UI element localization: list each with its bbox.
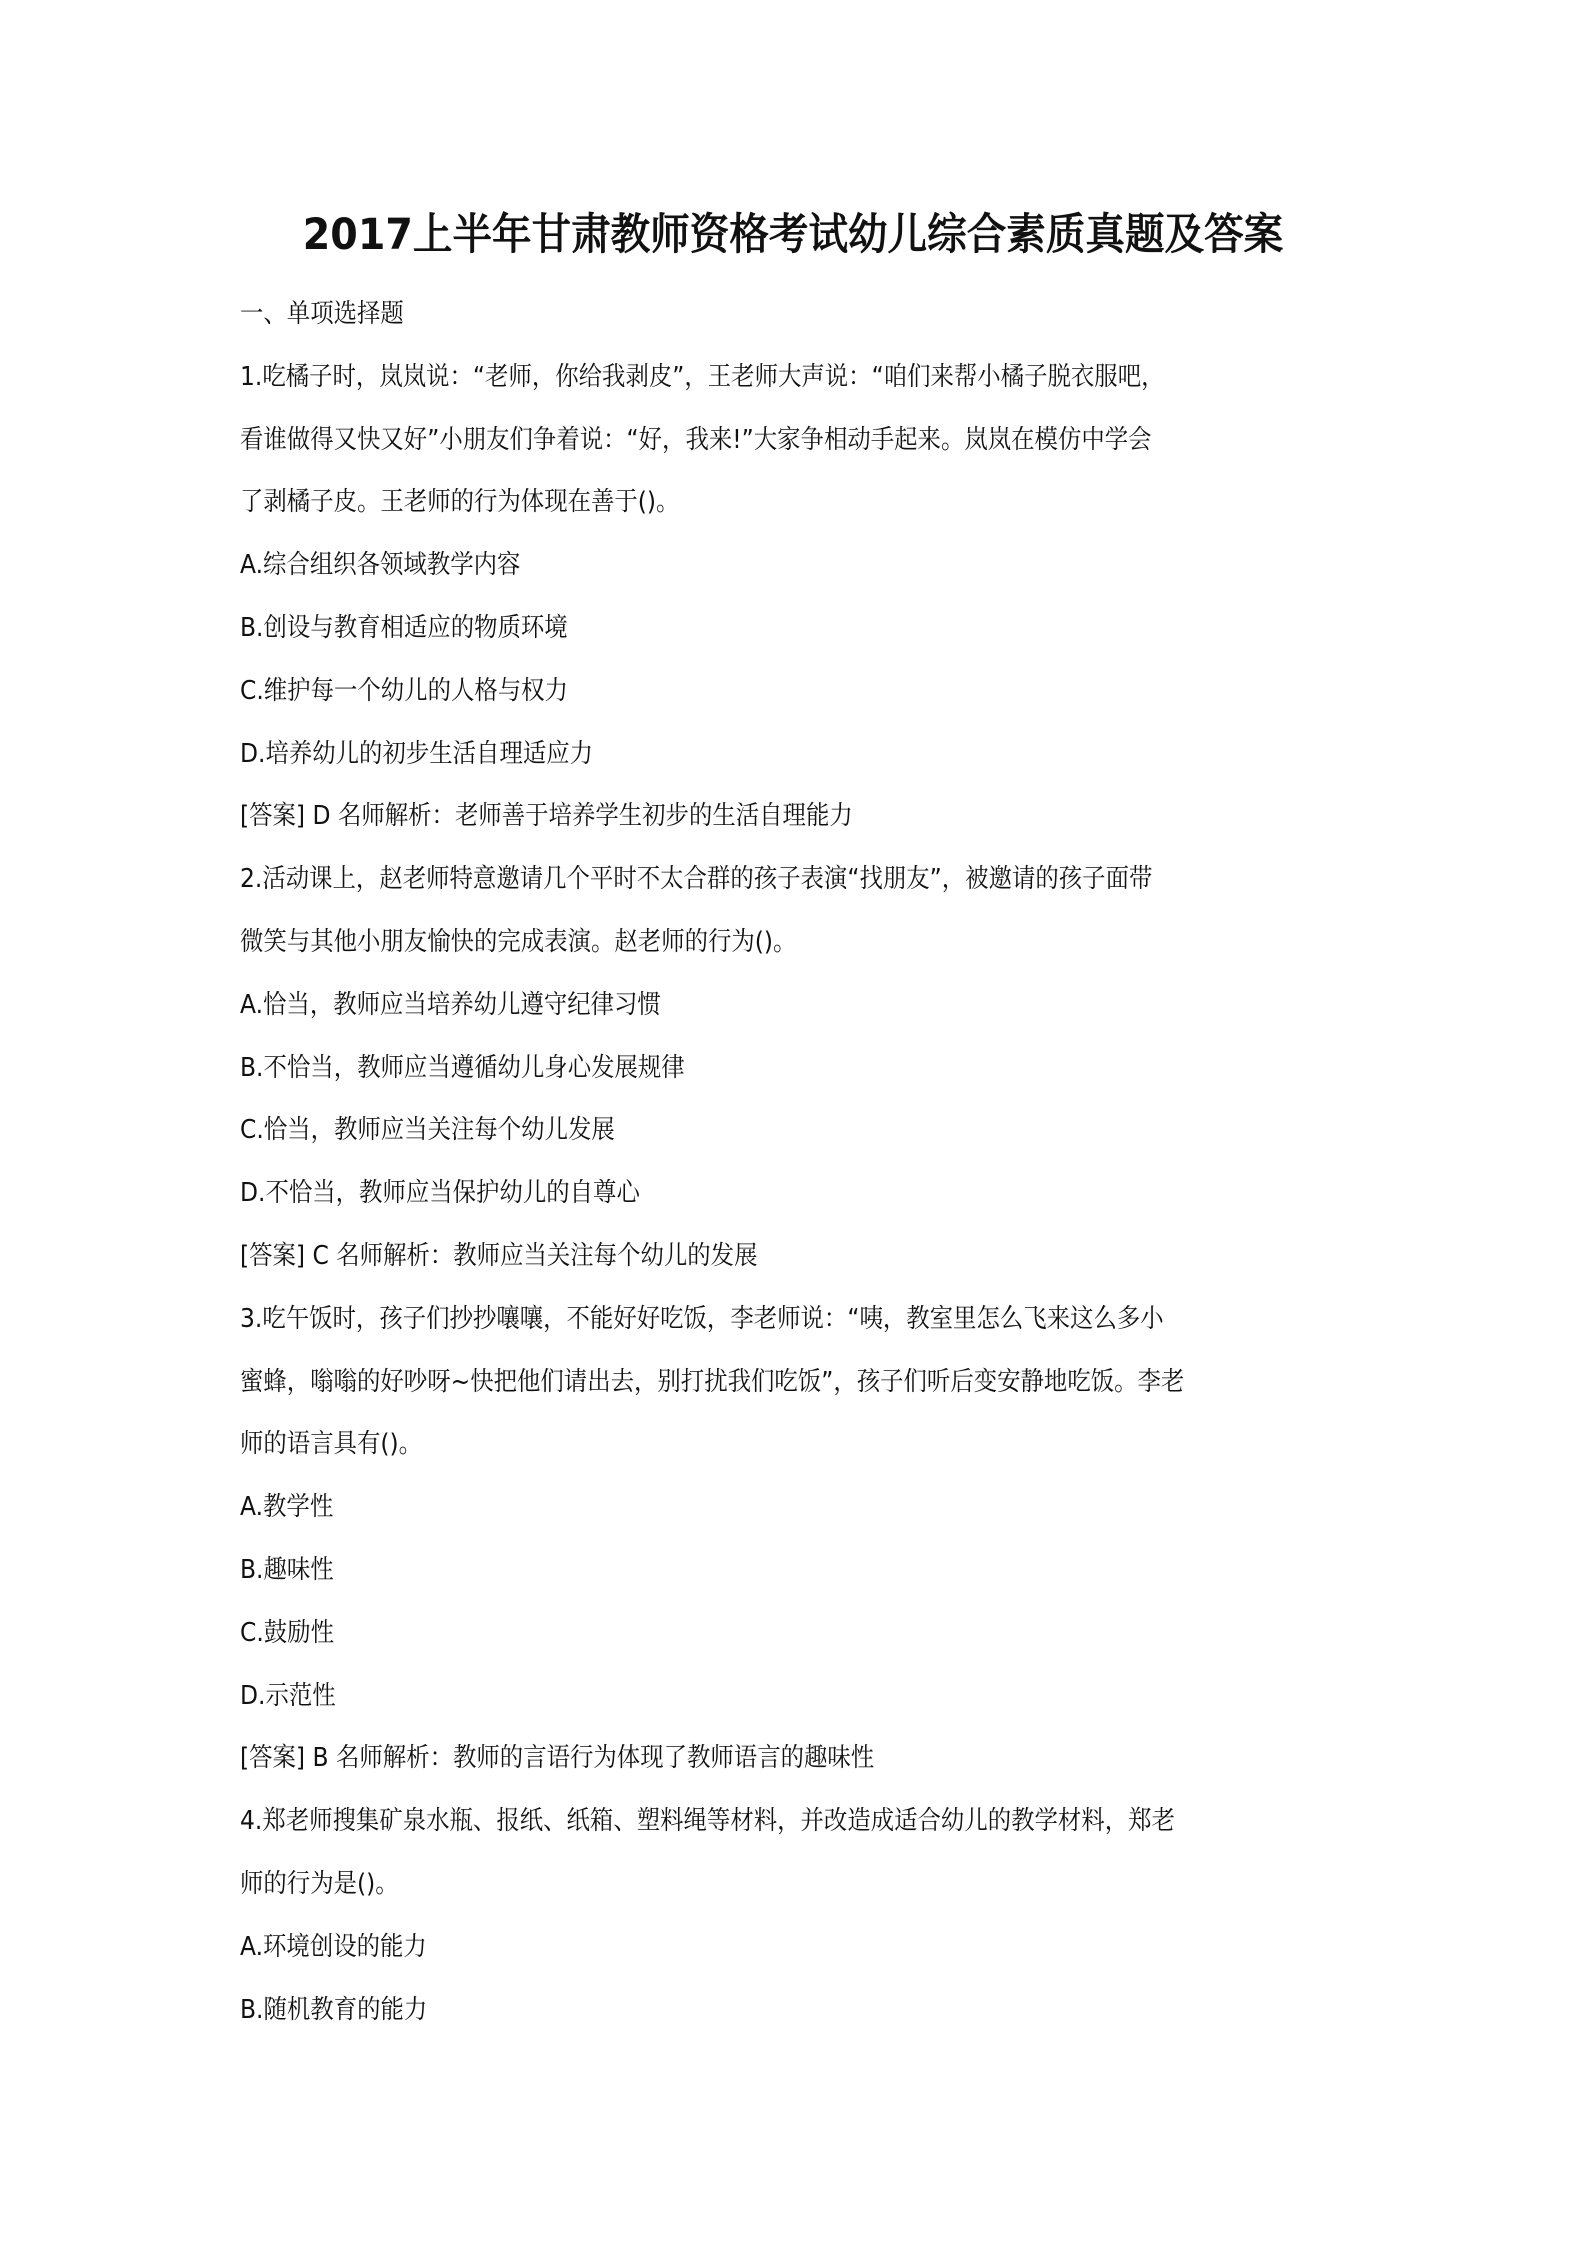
answer-explanation: [答案] B 名师解析：教师的言语行为体现了教师语言的趣味性 [240, 1727, 1248, 1790]
question-stem-line: 4.郑老师搜集矿泉水瓶、报纸、纸箱、塑料绳等材料，并改造成适合幼儿的教学材料，郑… [240, 1790, 1248, 1853]
option-d: D.示范性 [240, 1665, 1248, 1728]
option-b: B.随机教育的能力 [240, 1979, 1248, 2042]
section-heading: 一、单项选择题 [240, 283, 1248, 346]
question-stem-line: 了剥橘子皮。王老师的行为体现在善于()。 [240, 471, 1248, 534]
document-body: 一、单项选择题 1.吃橘子时，岚岚说：“老师，你给我剥皮”，王老师大声说：“咱们… [240, 283, 1360, 2041]
option-c: C.维护每一个幼儿的人格与权力 [240, 660, 1248, 723]
option-b: B.趣味性 [240, 1539, 1248, 1602]
option-d: D.培养幼儿的初步生活自理适应力 [240, 723, 1248, 786]
question-stem-line: 师的语言具有()。 [240, 1413, 1248, 1476]
question-stem-line: 微笑与其他小朋友愉快的完成表演。赵老师的行为()。 [240, 911, 1248, 974]
question-stem-line: 1.吃橘子时，岚岚说：“老师，你给我剥皮”，王老师大声说：“咱们来帮小橘子脱衣服… [240, 346, 1248, 409]
question-3: 3.吃午饭时，孩子们抄抄嚷嚷，不能好好吃饭，李老师说：“咦，教室里怎么飞来这么多… [240, 1288, 1360, 1790]
question-stem-line: 3.吃午饭时，孩子们抄抄嚷嚷，不能好好吃饭，李老师说：“咦，教室里怎么飞来这么多… [240, 1288, 1248, 1351]
option-c: C.恰当，教师应当关注每个幼儿发展 [240, 1099, 1248, 1162]
option-a: A.恰当，教师应当培养幼儿遵守纪律习惯 [240, 974, 1248, 1037]
question-stem-line: 蜜蜂，嗡嗡的好吵呀~快把他们请出去，别打扰我们吃饭”，孩子们听后变安静地吃饭。李… [240, 1351, 1248, 1414]
question-4: 4.郑老师搜集矿泉水瓶、报纸、纸箱、塑料绳等材料，并改造成适合幼儿的教学材料，郑… [240, 1790, 1360, 2041]
question-stem-line: 师的行为是()。 [240, 1853, 1248, 1916]
document-page: 2017上半年甘肃教师资格考试幼儿综合素质真题及答案 一、单项选择题 1.吃橘子… [0, 0, 1586, 2244]
option-b: B.创设与教育相适应的物质环境 [240, 597, 1248, 660]
option-a: A.教学性 [240, 1476, 1248, 1539]
option-a: A.综合组织各领域教学内容 [240, 534, 1248, 597]
answer-explanation: [答案] C 名师解析：教师应当关注每个幼儿的发展 [240, 1225, 1248, 1288]
option-c: C.鼓励性 [240, 1602, 1248, 1665]
option-b: B.不恰当，教师应当遵循幼儿身心发展规律 [240, 1037, 1248, 1100]
answer-explanation: [答案] D 名师解析：老师善于培养学生初步的生活自理能力 [240, 785, 1248, 848]
document-title: 2017上半年甘肃教师资格考试幼儿综合素质真题及答案 [63, 205, 1522, 265]
option-d: D.不恰当，教师应当保护幼儿的自尊心 [240, 1162, 1248, 1225]
question-2: 2.活动课上，赵老师特意邀请几个平时不太合群的孩子表演“找朋友”，被邀请的孩子面… [240, 848, 1360, 1288]
question-stem-line: 看谁做得又快又好”小朋友们争着说：“好，我来!”大家争相动手起来。岚岚在模仿中学… [240, 409, 1248, 472]
option-a: A.环境创设的能力 [240, 1916, 1248, 1979]
question-stem-line: 2.活动课上，赵老师特意邀请几个平时不太合群的孩子表演“找朋友”，被邀请的孩子面… [240, 848, 1248, 911]
question-1: 1.吃橘子时，岚岚说：“老师，你给我剥皮”，王老师大声说：“咱们来帮小橘子脱衣服… [240, 346, 1360, 848]
